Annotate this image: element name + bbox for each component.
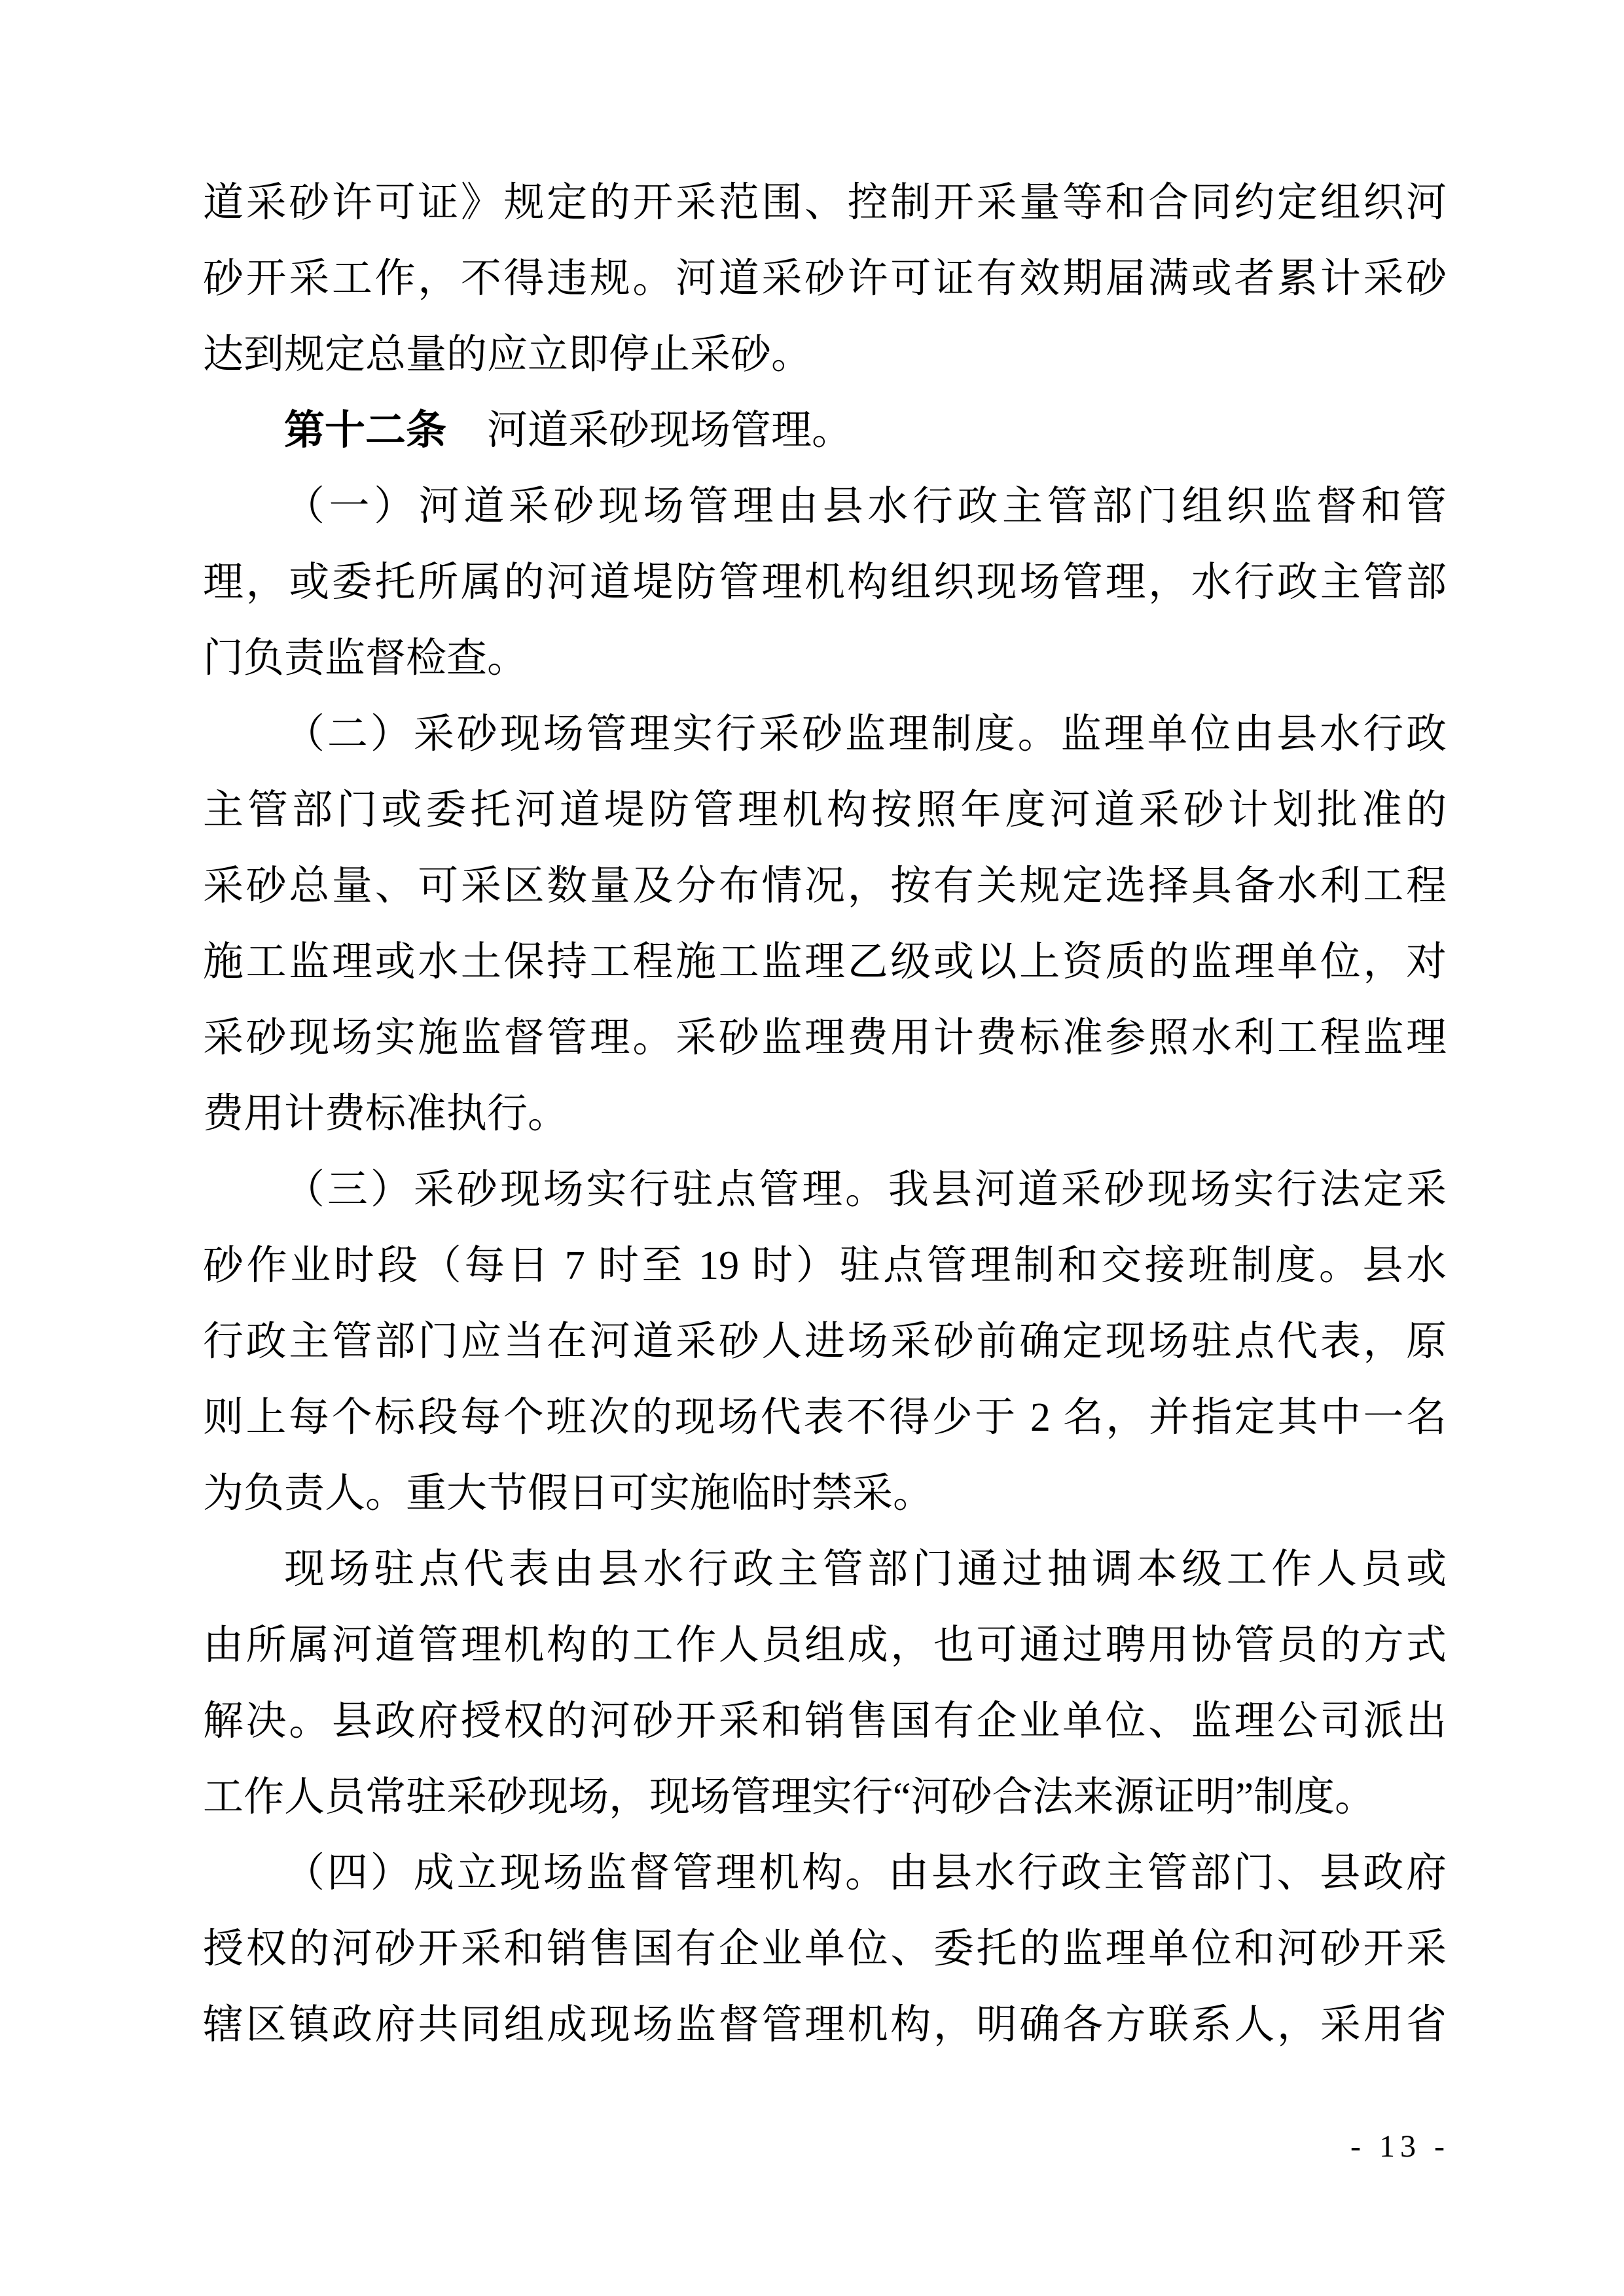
document-body: 道采砂许可证》规定的开采范围、控制开采量等和合同约定组织河砂开采工作，不得违规。…: [203, 165, 1447, 2063]
text-line: 辖区镇政府共同组成现场监督管理机构，明确各方联系人，采用省: [203, 1987, 1447, 2063]
article-number-heading: 第十二条: [284, 408, 446, 453]
text-line: 由所属河道管理机构的工作人员组成，也可通过聘用协管员的方式: [203, 1607, 1447, 1683]
text-line: 达到规定总量的应立即停止采砂。: [203, 317, 1447, 393]
text-line: 第十二条 河道采砂现场管理。: [203, 393, 1447, 469]
text-line: 工作人员常驻采砂现场，现场管理实行“河砂合法来源证明”制度。: [203, 1759, 1447, 1835]
text-line: （三）采砂现场实行驻点管理。我县河道采砂现场实行法定采: [203, 1152, 1447, 1228]
text-line: 理，或委托所属的河道堤防管理机构组织现场管理，水行政主管部: [203, 545, 1447, 620]
text-line: 主管部门或委托河道堤防管理机构按照年度河道采砂计划批准的: [203, 772, 1447, 848]
text-line: （二）采砂现场管理实行采砂监理制度。监理单位由县水行政: [203, 696, 1447, 772]
text-line: 授权的河砂开采和销售国有企业单位、委托的监理单位和河砂开采: [203, 1911, 1447, 1987]
text-line: 现场驻点代表由县水行政主管部门通过抽调本级工作人员或: [203, 1532, 1447, 1607]
text-line: （四）成立现场监督管理机构。由县水行政主管部门、县政府: [203, 1835, 1447, 1911]
text-line: 门负责监督检查。: [203, 620, 1447, 696]
page-number: - 13 -: [1350, 2127, 1450, 2166]
text-line: 解决。县政府授权的河砂开采和销售国有企业单位、监理公司派出: [203, 1683, 1447, 1759]
text-line: 采砂总量、可采区数量及分布情况，按有关规定选择具备水利工程: [203, 848, 1447, 924]
text-line: 费用计费标准执行。: [203, 1076, 1447, 1152]
text-line: 采砂现场实施监督管理。采砂监理费用计费标准参照水利工程监理: [203, 1000, 1447, 1076]
text-line: 施工监理或水土保持工程施工监理乙级或以上资质的监理单位，对: [203, 924, 1447, 1000]
text-line: （一）河道采砂现场管理由县水行政主管部门组织监督和管: [203, 469, 1447, 545]
document-page: 道采砂许可证》规定的开采范围、控制开采量等和合同约定组织河砂开采工作，不得违规。…: [0, 0, 1624, 2296]
text-line: 则上每个标段每个班次的现场代表不得少于 2 名，并指定其中一名: [203, 1380, 1447, 1456]
text-line: 砂作业时段（每日 7 时至 19 时）驻点管理制和交接班制度。县水: [203, 1228, 1447, 1304]
text-line: 道采砂许可证》规定的开采范围、控制开采量等和合同约定组织河: [203, 165, 1447, 241]
text-line: 行政主管部门应当在河道采砂人进场采砂前确定现场驻点代表，原: [203, 1304, 1447, 1380]
text-line: 砂开采工作，不得违规。河道采砂许可证有效期届满或者累计采砂: [203, 241, 1447, 317]
text-line: 为负责人。重大节假日可实施临时禁采。: [203, 1456, 1447, 1532]
